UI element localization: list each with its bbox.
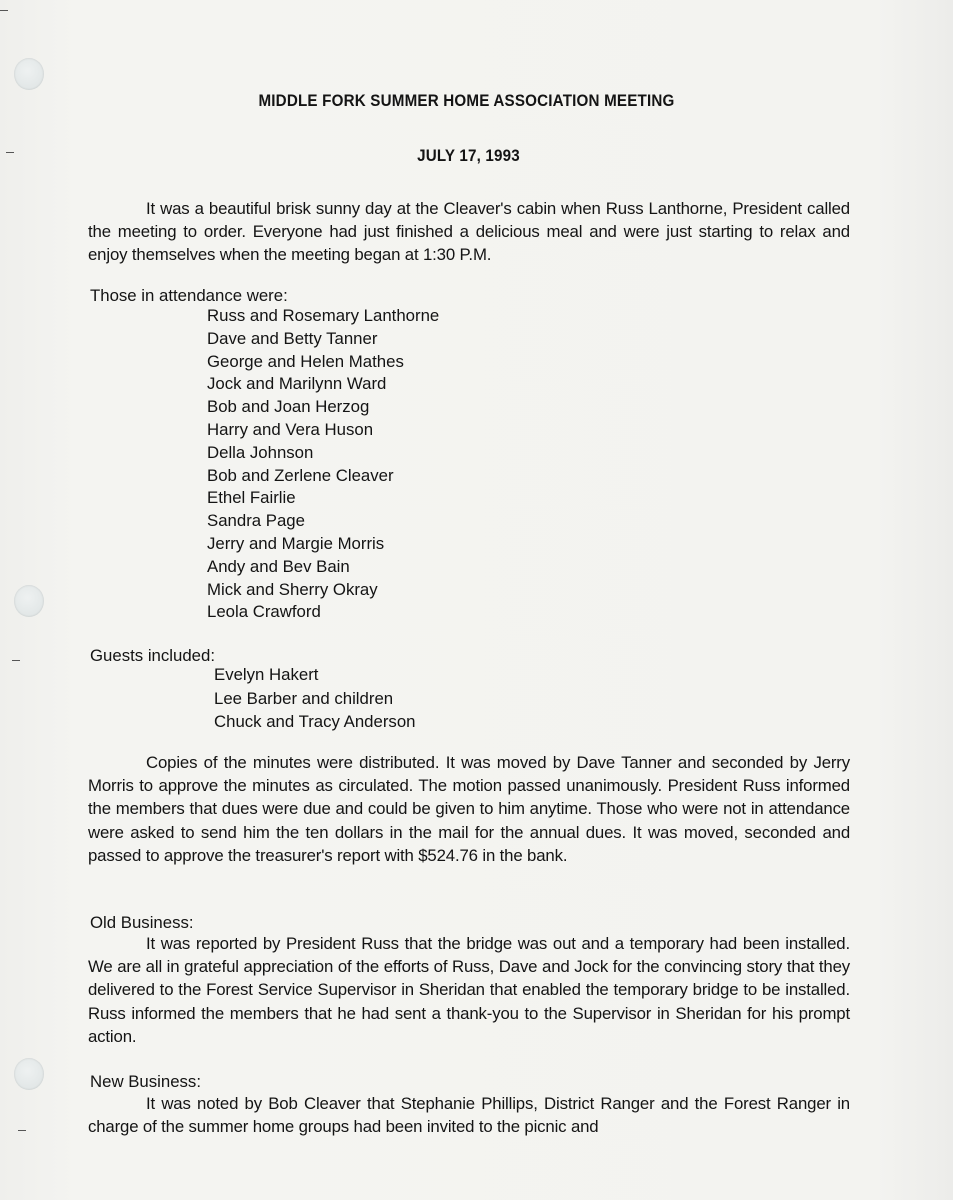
name-list-item: George and Helen Mathes bbox=[207, 351, 439, 374]
name-list-item: Lee Barber and children bbox=[214, 687, 416, 711]
name-list-item: Jock and Marilynn Ward bbox=[207, 373, 439, 396]
hole-punch-top bbox=[14, 58, 44, 90]
guests-label: Guests included: bbox=[90, 646, 215, 666]
attendance-list: Russ and Rosemary LanthorneDave and Bett… bbox=[207, 305, 439, 624]
name-list-item: Della Johnson bbox=[207, 442, 439, 465]
name-list-item: Russ and Rosemary Lanthorne bbox=[207, 305, 439, 328]
new-business-label: New Business: bbox=[90, 1072, 201, 1092]
old-business-label: Old Business: bbox=[90, 913, 194, 933]
new-business-paragraph: It was noted by Bob Cleaver that Stephan… bbox=[88, 1092, 850, 1138]
intro-text: It was a beautiful brisk sunny day at th… bbox=[88, 199, 850, 264]
name-list-item: Leola Crawford bbox=[207, 601, 439, 624]
attendance-label: Those in attendance were: bbox=[90, 286, 288, 306]
name-list-item: Bob and Zerlene Cleaver bbox=[207, 465, 439, 488]
name-list-item: Chuck and Tracy Anderson bbox=[214, 710, 416, 734]
margin-mark bbox=[18, 1130, 26, 1131]
name-list-item: Ethel Fairlie bbox=[207, 487, 439, 510]
old-business-text: It was reported by President Russ that t… bbox=[88, 934, 850, 1046]
name-list-item: Harry and Vera Huson bbox=[207, 419, 439, 442]
name-list-item: Mick and Sherry Okray bbox=[207, 579, 439, 602]
old-business-paragraph: It was reported by President Russ that t… bbox=[88, 932, 850, 1048]
margin-mark bbox=[6, 152, 14, 153]
name-list-item: Sandra Page bbox=[207, 510, 439, 533]
minutes-text: Copies of the minutes were distributed. … bbox=[88, 753, 850, 865]
document-date: JULY 17, 1993 bbox=[30, 147, 907, 166]
name-list-item: Dave and Betty Tanner bbox=[207, 328, 439, 351]
guests-list: Evelyn HakertLee Barber and childrenChuc… bbox=[214, 663, 416, 734]
name-list-item: Jerry and Margie Morris bbox=[207, 533, 439, 556]
document-title: MIDDLE FORK SUMMER HOME ASSOCIATION MEET… bbox=[28, 92, 905, 111]
scanned-page: MIDDLE FORK SUMMER HOME ASSOCIATION MEET… bbox=[0, 0, 953, 1200]
new-business-text: It was noted by Bob Cleaver that Stephan… bbox=[88, 1094, 850, 1136]
minutes-paragraph: Copies of the minutes were distributed. … bbox=[88, 751, 850, 867]
intro-paragraph: It was a beautiful brisk sunny day at th… bbox=[88, 197, 850, 267]
hole-punch-bottom bbox=[14, 1058, 44, 1090]
name-list-item: Andy and Bev Bain bbox=[207, 556, 439, 579]
margin-mark bbox=[12, 660, 20, 661]
name-list-item: Evelyn Hakert bbox=[214, 663, 416, 687]
name-list-item: Bob and Joan Herzog bbox=[207, 396, 439, 419]
hole-punch-middle bbox=[14, 585, 44, 617]
margin-mark bbox=[0, 10, 8, 11]
